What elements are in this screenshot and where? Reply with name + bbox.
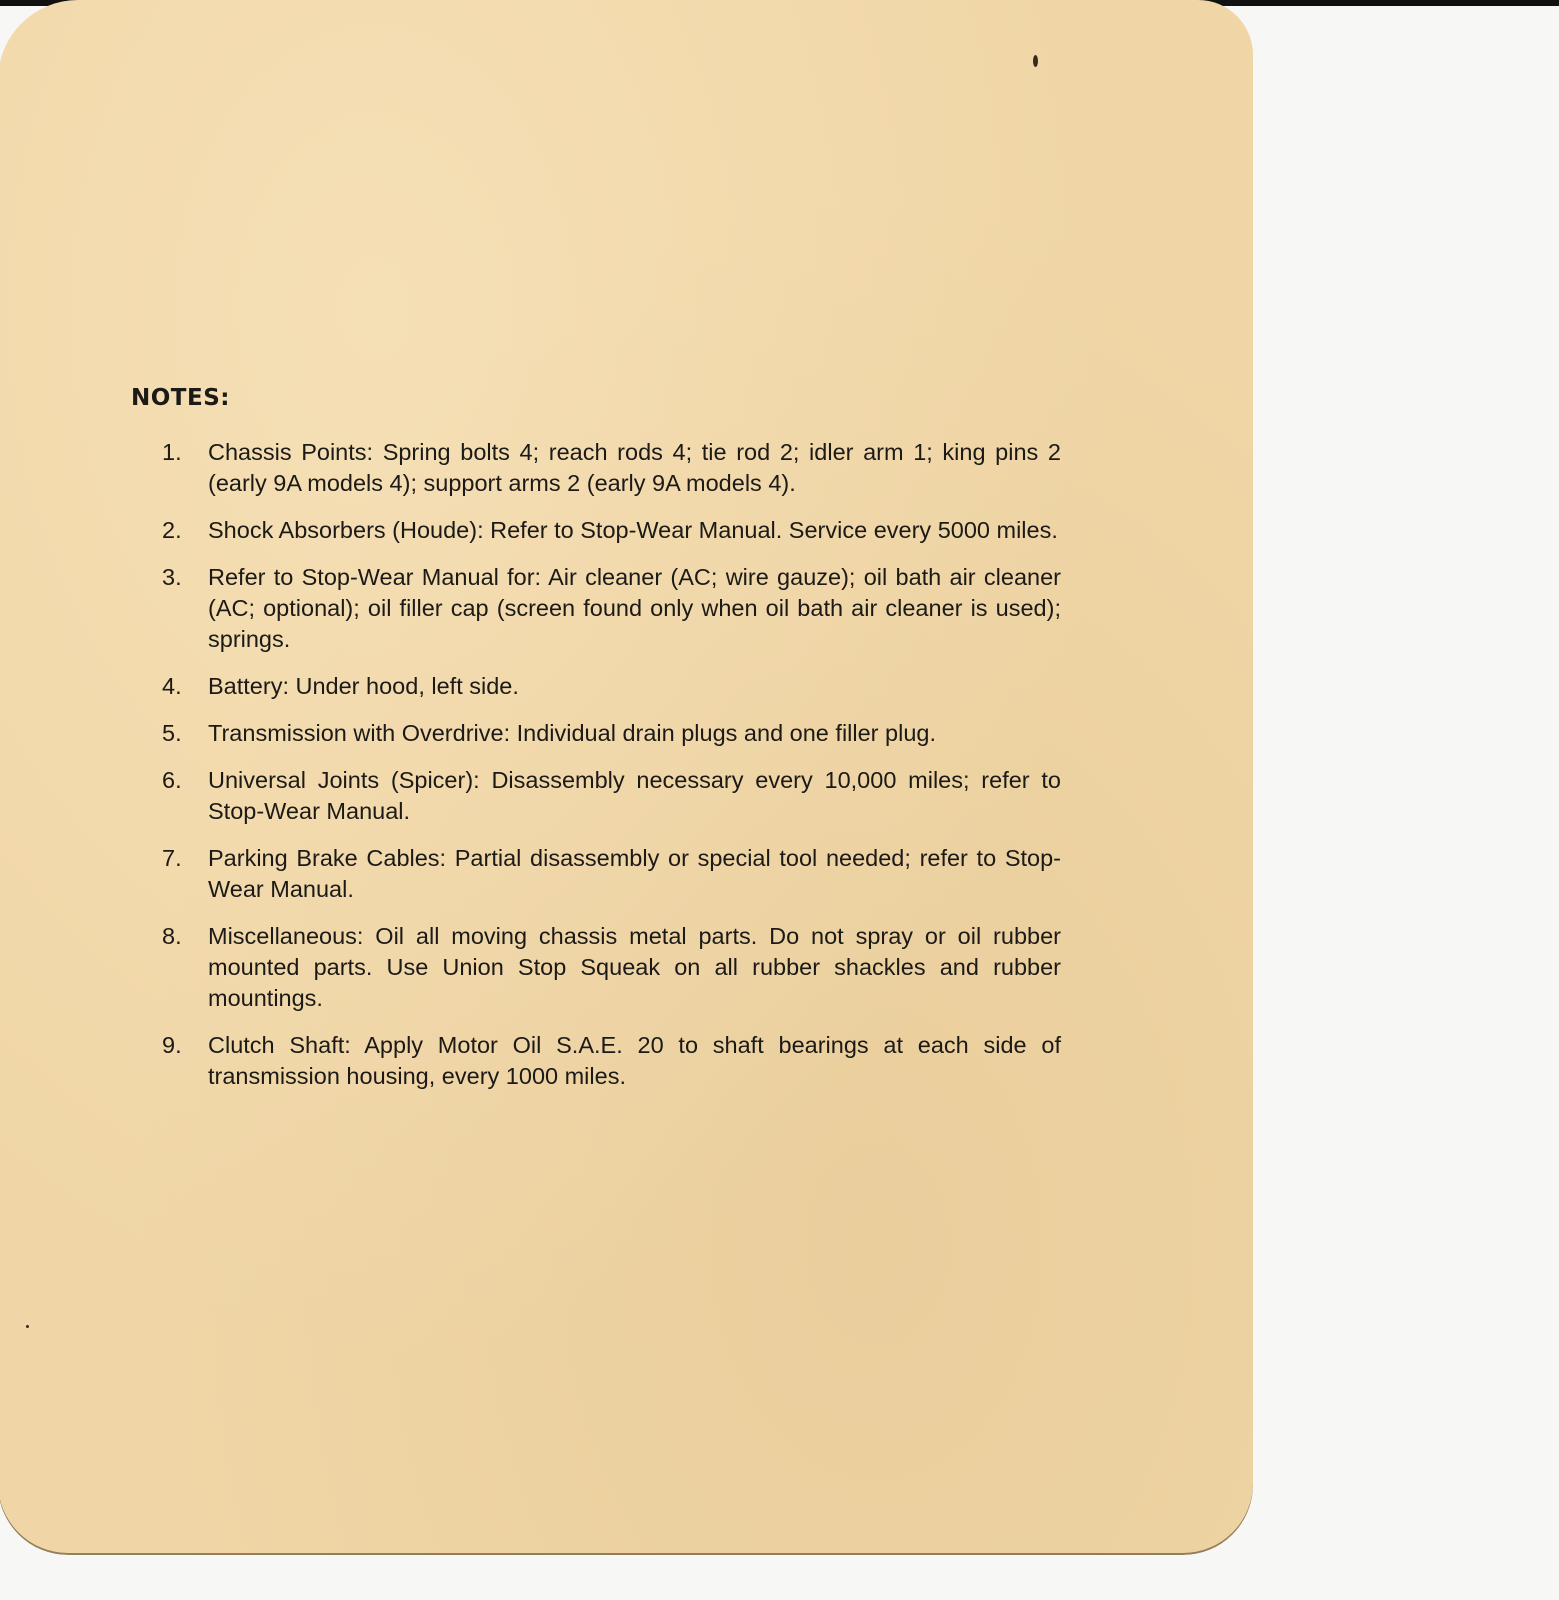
note-item: 7. Parking Brake Cables: Partial disasse…: [131, 843, 1061, 905]
paper-speck: [26, 1325, 29, 1328]
note-number: 7.: [162, 843, 182, 874]
note-number: 1.: [162, 437, 182, 468]
note-item: 6. Universal Joints (Spicer): Disassembl…: [131, 765, 1061, 827]
note-number: 5.: [162, 718, 182, 749]
note-number: 9.: [162, 1030, 182, 1061]
note-item: 3. Refer to Stop-Wear Manual for: Air cl…: [131, 562, 1061, 655]
note-item: 5. Transmission with Overdrive: Individu…: [131, 718, 1061, 749]
notes-heading: NOTES:: [131, 385, 1061, 411]
note-text: Refer to Stop-Wear Manual for: Air clean…: [208, 564, 1061, 652]
note-text: Parking Brake Cables: Partial disassembl…: [208, 845, 1061, 902]
note-text: Clutch Shaft: Apply Motor Oil S.A.E. 20 …: [208, 1032, 1061, 1089]
notes-section: NOTES: 1. Chassis Points: Spring bolts 4…: [131, 385, 1061, 1108]
note-number: 8.: [162, 921, 182, 952]
note-text: Transmission with Overdrive: Individual …: [208, 720, 936, 746]
note-text: Universal Joints (Spicer): Disassembly n…: [208, 767, 1061, 824]
paper-speck: [1033, 55, 1038, 67]
note-item: 1. Chassis Points: Spring bolts 4; reach…: [131, 437, 1061, 499]
note-text: Miscellaneous: Oil all moving chassis me…: [208, 923, 1061, 1011]
note-item: 8. Miscellaneous: Oil all moving chassis…: [131, 921, 1061, 1014]
notes-list: 1. Chassis Points: Spring bolts 4; reach…: [131, 437, 1061, 1092]
note-text: Chassis Points: Spring bolts 4; reach ro…: [208, 439, 1061, 496]
note-item: 2. Shock Absorbers (Houde): Refer to Sto…: [131, 515, 1061, 546]
note-number: 3.: [162, 562, 182, 593]
note-text: Battery: Under hood, left side.: [208, 673, 519, 699]
note-number: 6.: [162, 765, 182, 796]
paper-card: NOTES: 1. Chassis Points: Spring bolts 4…: [0, 0, 1253, 1555]
note-number: 2.: [162, 515, 182, 546]
note-number: 4.: [162, 671, 182, 702]
note-item: 4. Battery: Under hood, left side.: [131, 671, 1061, 702]
note-item: 9. Clutch Shaft: Apply Motor Oil S.A.E. …: [131, 1030, 1061, 1092]
note-text: Shock Absorbers (Houde): Refer to Stop-W…: [208, 517, 1058, 543]
